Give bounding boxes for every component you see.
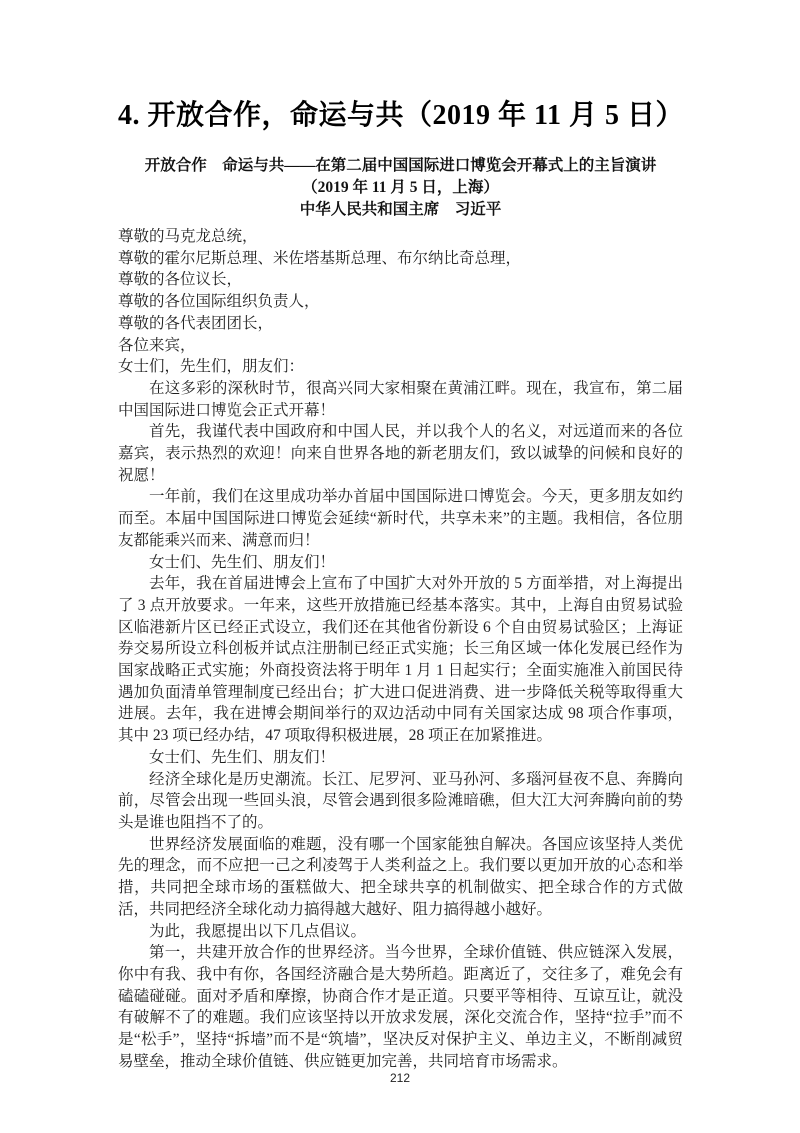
- speech-paragraph: 去年，我在首届进博会上宣布了中国扩大对外开放的 5 方面举措，对上海提出了 3 …: [118, 573, 683, 747]
- speech-paragraph: 为此，我愿提出以下几点倡议。: [118, 921, 683, 943]
- speech-date-location: （2019 年 11 月 5 日，上海）: [118, 177, 683, 199]
- speech-paragraph: 世界经济发展面临的难题，没有哪一个国家能独自解决。各国应该坚持人类优先的理念，而…: [118, 834, 683, 921]
- speech-paragraph: 第一，共建开放合作的世界经济。当今世界，全球价值链、供应链深入发展，你中有我、我…: [118, 942, 683, 1072]
- speech-paragraph: 女士们、先生们、朋友们！: [118, 747, 683, 769]
- speech-paragraph: 一年前，我们在这里成功举办首届中国国际进口博览会。今天，更多朋友如约而至。本届中…: [118, 486, 683, 551]
- speech-header: 开放合作 命运与共——在第二届中国国际进口博览会开幕式上的主旨演讲 （2019 …: [118, 155, 683, 221]
- salutation-line: 各位来宾，: [118, 335, 683, 357]
- speech-paragraph: 女士们、先生们、朋友们！: [118, 552, 683, 574]
- salutation-list: 尊敬的马克龙总统，尊敬的霍尔尼斯总理、米佐塔基斯总理、布尔纳比奇总理，尊敬的各位…: [118, 226, 683, 378]
- salutation-line: 尊敬的各代表团团长，: [118, 313, 683, 335]
- salutation-line: 尊敬的霍尔尼斯总理、米佐塔基斯总理、布尔纳比奇总理，: [118, 248, 683, 270]
- speech-paragraph: 经济全球化是历史潮流。长江、尼罗河、亚马孙河、多瑙河昼夜不息、奔腾向前，尽管会出…: [118, 769, 683, 834]
- salutation-line: 尊敬的马克龙总统，: [118, 226, 683, 248]
- salutation-line: 尊敬的各位国际组织负责人，: [118, 291, 683, 313]
- speech-paragraph: 首先，我谨代表中国政府和中国人民，并以我个人的名义，对远道而来的各位嘉宾，表示热…: [118, 421, 683, 486]
- salutation-line: 尊敬的各位议长，: [118, 269, 683, 291]
- speech-heading: 开放合作 命运与共——在第二届中国国际进口博览会开幕式上的主旨演讲: [118, 155, 683, 177]
- salutation-line: 女士们，先生们，朋友们：: [118, 356, 683, 378]
- document-page: 4. 开放合作，命运与共（2019 年 11 月 5 日） 开放合作 命运与共—…: [0, 0, 800, 1133]
- page-title: 4. 开放合作，命运与共（2019 年 11 月 5 日）: [118, 97, 683, 135]
- speech-paragraphs: 在这多彩的深秋时节，很高兴同大家相聚在黄浦江畔。现在，我宣布，第二届中国国际进口…: [118, 378, 683, 1073]
- page-number: 212: [0, 1071, 800, 1085]
- speech-paragraph: 在这多彩的深秋时节，很高兴同大家相聚在黄浦江畔。现在，我宣布，第二届中国国际进口…: [118, 378, 683, 421]
- speech-speaker: 中华人民共和国主席 习近平: [118, 199, 683, 221]
